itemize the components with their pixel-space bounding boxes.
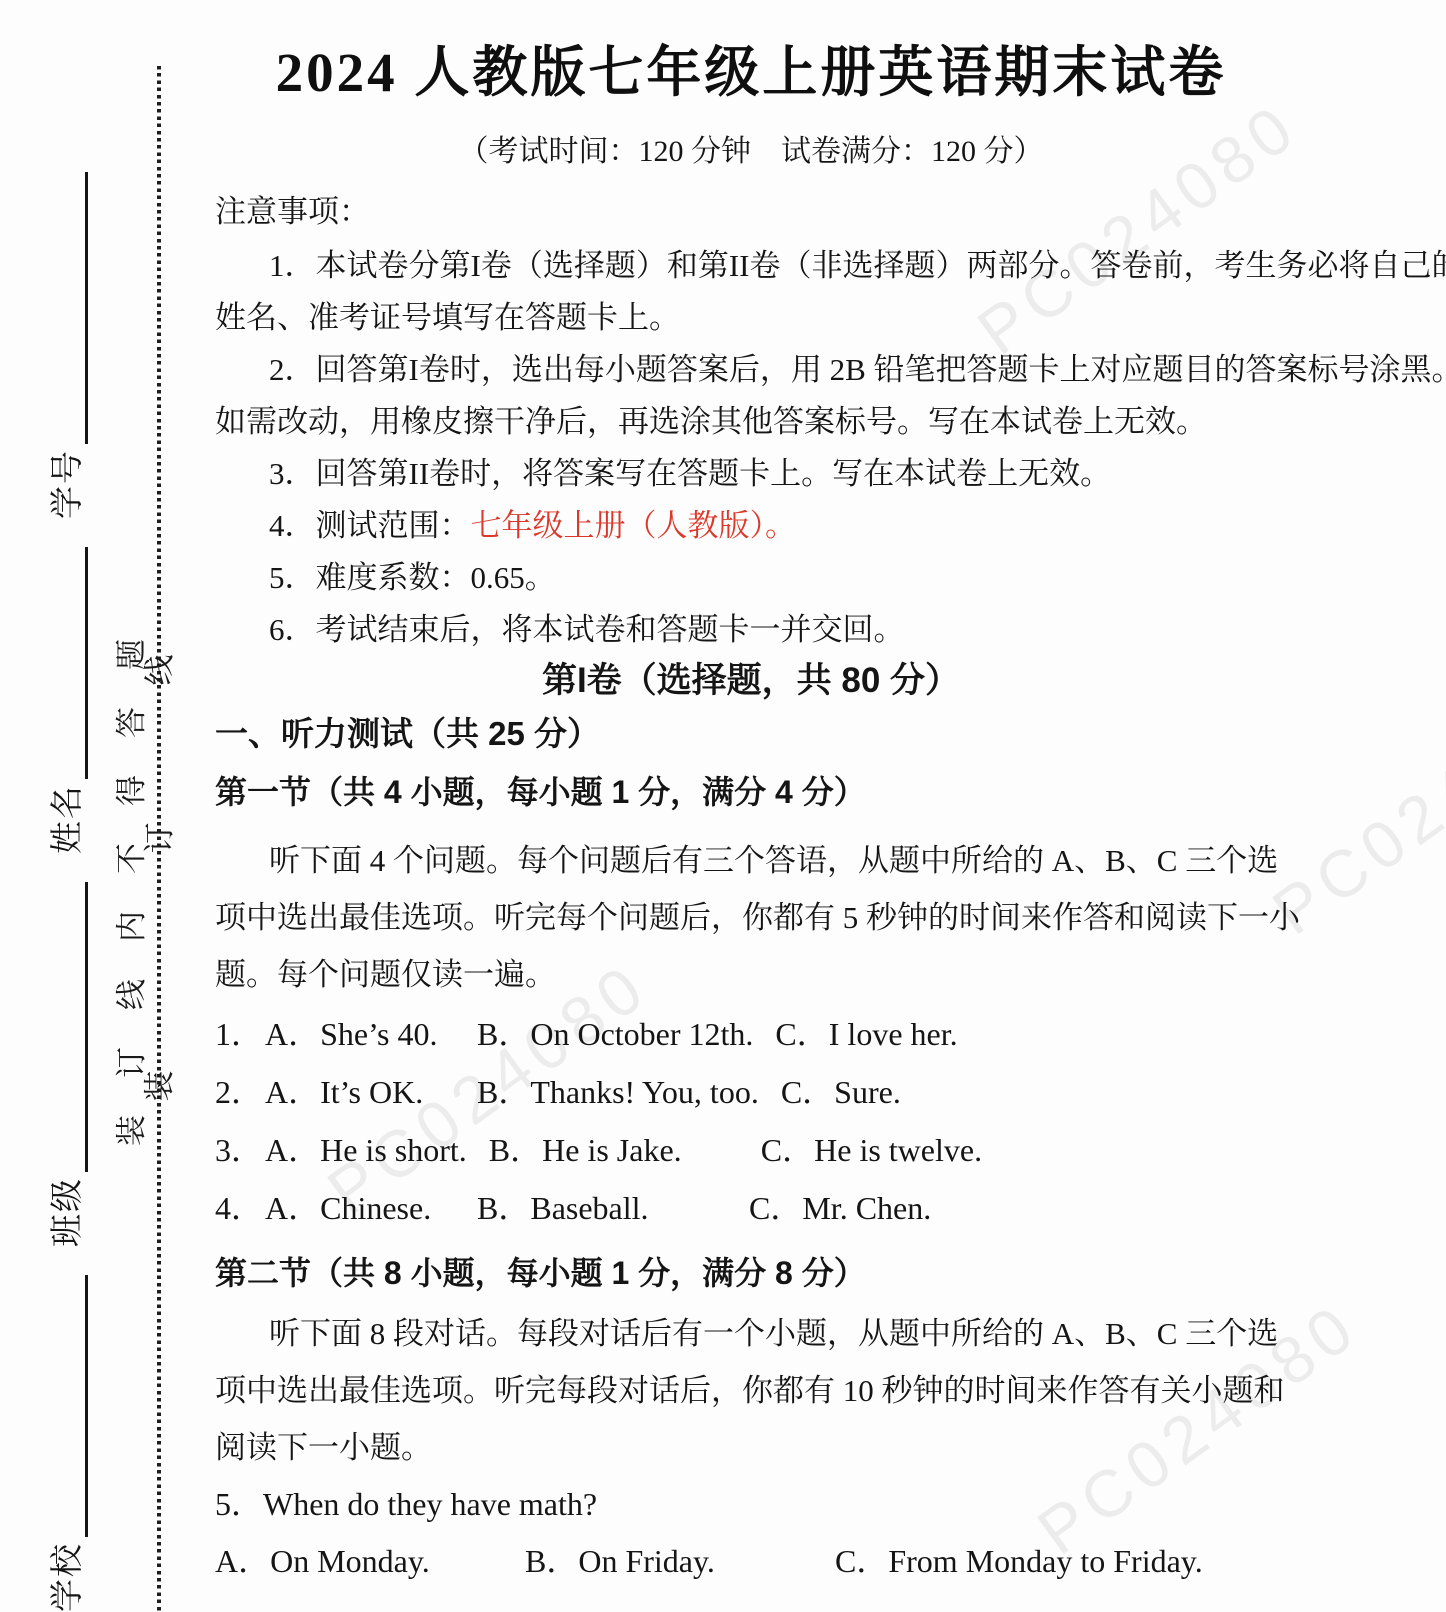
listening-section-heading: 一、听力测试（共 25 分） [215,712,1287,756]
option-a: A．On Monday. [215,1533,525,1590]
notice-line-2b: 如需改动，用橡皮擦干净后，再选涂其他答案标号。写在本试卷上无效。 [215,396,1287,448]
instruction-line: 听下面 4 个问题。每个问题后有三个答语，从题中所给的 A、B、C 三个选 [215,832,1287,889]
question-number: 2． [215,1063,265,1121]
subsection1-instructions: 听下面 4 个问题。每个问题后有三个答语，从题中所给的 A、B、C 三个选 项中… [215,832,1287,1003]
notice-line-4-highlight: 七年级上册（人教版）。 [471,508,797,543]
exam-title: 2024 人教版七年级上册英语期末试卷 [215,38,1287,108]
option-c: C．Sure. [781,1063,901,1121]
notice-line-4-prefix: 4．测试范围： [269,508,471,543]
field-student-id-label: 学号 [48,449,88,519]
option-b: B．He is Jake. [489,1121,761,1179]
binding-char-zhuang: 装 [141,1067,179,1105]
question-number: 4． [215,1179,265,1237]
binding-char-ding: 订 [141,819,179,857]
option-b: B．Thanks! You, too. [477,1063,781,1121]
notice-line-4: 4．测试范围：七年级上册（人教版）。 [215,500,1287,552]
question-5-options: A．On Monday. B．On Friday. C．From Monday … [215,1533,1287,1590]
option-c: C．I love her. [775,1005,957,1063]
notice-line-1b: 姓名、准考证号填写在答题卡上。 [215,292,1287,344]
exam-subtitle: （考试时间：120 分钟 试卷满分：120 分） [215,134,1287,170]
option-a: A．He is short. [265,1121,489,1179]
question-row-3: 3． A．He is short. B．He is Jake. C．He is … [215,1121,1287,1179]
field-school-label: 学校 [48,1542,88,1612]
listening-questions-1-4: 1． A．She’s 40. B．On October 12th. C．I lo… [215,1005,1287,1237]
subsection2-instructions: 听下面 8 段对话。每段对话后有一个小题，从题中所给的 A、B、C 三个选 项中… [215,1305,1287,1476]
notice-list: 1．本试卷分第I卷（选择题）和第II卷（非选择题）两部分。答卷前，考生务必将自己… [215,240,1287,656]
subsection2-heading: 第二节（共 8 小题，每小题 1 分，满分 8 分） [215,1251,1287,1295]
part1-heading: 第I卷（选择题，共 80 分） [215,658,1287,704]
question-number: 1． [215,1005,265,1063]
option-b: B．On October 12th. [477,1005,775,1063]
instruction-line: 项中选出最佳选项。听完每段对话后，你都有 10 秒钟的时间来作答有关小题和 [215,1362,1287,1419]
option-a: A．It’s OK. [265,1063,477,1121]
question-row-2: 2． A．It’s OK. B．Thanks! You, too. C．Sure… [215,1063,1287,1121]
field-student-id-blank [79,172,88,444]
option-b: B．On Friday. [525,1533,835,1590]
question-number: 3． [215,1121,265,1179]
field-student-id: 学号 [48,172,88,519]
instruction-line: 听下面 8 段对话。每段对话后有一个小题，从题中所给的 A、B、C 三个选 [215,1305,1287,1362]
field-class-label: 班级 [48,1177,88,1247]
instruction-line: 项中选出最佳选项。听完每个问题后，你都有 5 秒钟的时间来作答和阅读下一小 [215,889,1287,946]
field-name: 姓名 [48,547,88,854]
notice-line-1: 1．本试卷分第I卷（选择题）和第II卷（非选择题）两部分。答卷前，考生务必将自己… [215,240,1287,292]
option-b: B．Baseball. [477,1179,749,1237]
notice-line-6: 6．考试结束后，将本试卷和答题卡一并交回。 [215,604,1287,656]
exam-content: 2024 人教版七年级上册英语期末试卷 （考试时间：120 分钟 试卷满分：12… [215,0,1287,1590]
field-school: 学校 [48,1275,88,1612]
subsection1-heading: 第一节（共 4 小题，每小题 1 分，满分 4 分） [215,770,1287,814]
option-a: A．Chinese. [265,1179,477,1237]
instruction-line: 题。每个问题仅读一遍。 [215,946,1287,1003]
field-name-label: 姓名 [48,784,88,854]
instruction-line: 阅读下一小题。 [215,1419,1287,1476]
field-class: 班级 [48,882,88,1247]
notice-heading: 注意事项： [215,192,1287,232]
option-c: C．He is twelve. [761,1121,982,1179]
question-5-text: 5．When do they have math? [215,1476,1287,1533]
field-school-blank [79,1275,88,1537]
option-c: C．Mr. Chen. [749,1179,931,1237]
field-class-blank [79,882,88,1172]
exam-paper-page: { "header": { "title": "2024 人教版七年级上册英语期… [0,0,1446,1612]
option-a: A．She’s 40. [265,1005,477,1063]
binding-char-xian: 线 [141,651,179,689]
question-row-1: 1． A．She’s 40. B．On October 12th. C．I lo… [215,1005,1287,1063]
notice-line-2: 2．回答第I卷时，选出每小题答案后，用 2B 铅笔把答题卡上对应题目的答案标号涂… [215,344,1287,396]
field-name-blank [79,547,88,779]
option-c: C．From Monday to Friday. [835,1533,1203,1590]
notice-line-5: 5．难度系数：0.65。 [215,552,1287,604]
question-row-4: 4． A．Chinese. B．Baseball. C．Mr. Chen. [215,1179,1287,1237]
notice-line-3: 3．回答第II卷时，将答案写在答题卡上。写在本试卷上无效。 [215,448,1287,500]
